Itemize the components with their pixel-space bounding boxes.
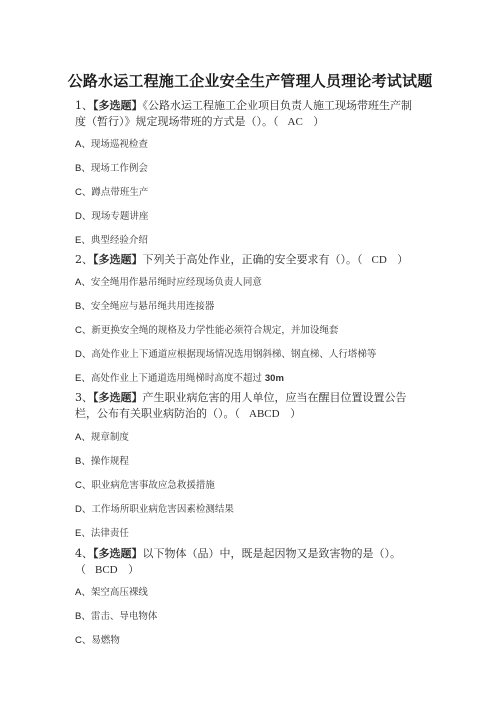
question-answer: ABCD bbox=[249, 408, 280, 420]
option-text: 高处作业上下通道应根据现场情况选用钢斜梯、钢直梯、人行塔梯等 bbox=[91, 349, 376, 360]
option-text: 典型经验介绍 bbox=[91, 235, 148, 246]
option-letter: A、 bbox=[75, 139, 91, 150]
option-letter: C、 bbox=[75, 187, 91, 198]
option-2a: A、安全绳用作悬吊绳时应经现场负责人同意 bbox=[75, 277, 262, 289]
option-letter: A、 bbox=[75, 277, 91, 288]
question-answer: AC bbox=[288, 116, 303, 128]
option-3b: B、操作规程 bbox=[75, 456, 129, 468]
question-4: 4、【多选题】以下物体（品）中，既是起因物又是致害物的是（）。 （ BCD ） bbox=[75, 546, 420, 578]
option-text: 现场专题讲座 bbox=[91, 211, 148, 222]
option-text: 规章制度 bbox=[91, 432, 129, 443]
option-text: 现场巡视检查 bbox=[91, 139, 148, 150]
option-text: 新更换安全绳的规格及力学性能必须符合规定，并加设绳套 bbox=[91, 325, 338, 336]
option-letter: C、 bbox=[75, 325, 91, 336]
question-type-tag: 【多选题】 bbox=[93, 99, 143, 112]
option-4c: C、易燃物 bbox=[75, 635, 120, 647]
question-answer: CD bbox=[372, 254, 387, 266]
question-type-tag: 【多选题】 bbox=[93, 547, 143, 560]
option-text: 雷击、导电物体 bbox=[91, 611, 158, 622]
option-letter: B、 bbox=[75, 456, 91, 467]
question-type-tag: 【多选题】 bbox=[93, 391, 143, 404]
option-1d: D、现场专题讲座 bbox=[75, 211, 148, 223]
document-page: 公路水运工程施工企业安全生产管理人员理论考试试题 1、【多选题】《公路水运工程施… bbox=[0, 0, 500, 707]
option-1e: E、典型经验介绍 bbox=[75, 235, 148, 247]
option-letter: A、 bbox=[75, 587, 91, 598]
option-text: 操作规程 bbox=[91, 456, 129, 467]
answer-close-paren: ） bbox=[313, 115, 324, 128]
question-type-tag: 【多选题】 bbox=[93, 253, 143, 266]
question-stem: 下列关于高处作业，正确的安全要求有（）。（ bbox=[143, 253, 363, 266]
option-letter: C、 bbox=[75, 635, 91, 646]
option-3a: A、规章制度 bbox=[75, 432, 129, 444]
option-1a: A、现场巡视检查 bbox=[75, 139, 148, 151]
question-1: 1、【多选题】《公路水运工程施工企业项目负责人施工现场带班生产制度（暂行）》规定… bbox=[75, 98, 420, 130]
answer-open-paren: （ bbox=[75, 563, 86, 576]
question-number: 3、 bbox=[75, 391, 93, 404]
option-letter: D、 bbox=[75, 504, 91, 515]
option-text: 架空高压裸线 bbox=[91, 587, 148, 598]
option-letter: E、 bbox=[75, 373, 91, 384]
option-1b: B、现场工作例会 bbox=[75, 163, 148, 175]
question-number: 4、 bbox=[75, 547, 93, 560]
question-2: 2、【多选题】下列关于高处作业，正确的安全要求有（）。（ CD ） bbox=[75, 252, 420, 268]
question-3: 3、【多选题】产生职业病危害的用人单位，应当在醒目位置设置公告栏，公布有关职业病… bbox=[75, 390, 420, 422]
question-number: 1、 bbox=[75, 99, 93, 112]
option-letter: A、 bbox=[75, 432, 91, 443]
option-text: 安全绳用作悬吊绳时应经现场负责人同意 bbox=[91, 277, 262, 288]
option-letter: E、 bbox=[75, 235, 91, 246]
option-1c: C、蹲点带班生产 bbox=[75, 187, 148, 199]
option-3c: C、职业病危害事故应急救援措施 bbox=[75, 480, 215, 492]
option-letter: C、 bbox=[75, 480, 91, 491]
answer-close-paren: ） bbox=[290, 407, 301, 420]
option-letter: D、 bbox=[75, 349, 91, 360]
document-title: 公路水运工程施工企业安全生产管理人员理论考试试题 bbox=[0, 70, 500, 91]
option-text: 高处作业上下通道选用绳梯时高度不超过 bbox=[91, 373, 262, 384]
option-2b: B、安全绳应与悬吊绳共用连接器 bbox=[75, 301, 214, 313]
option-4a: A、架空高压裸线 bbox=[75, 587, 148, 599]
question-number: 2、 bbox=[75, 253, 93, 266]
option-4b: B、雷击、导电物体 bbox=[75, 611, 157, 623]
option-text: 工作场所职业病危害因素检测结果 bbox=[91, 504, 234, 515]
option-letter: D、 bbox=[75, 211, 91, 222]
option-letter: B、 bbox=[75, 301, 91, 312]
option-text: 法律责任 bbox=[91, 528, 129, 539]
option-2d: D、高处作业上下通道应根据现场情况选用钢斜梯、钢直梯、人行塔梯等 bbox=[75, 349, 376, 361]
option-3e: E、法律责任 bbox=[75, 528, 129, 540]
option-text: 蹲点带班生产 bbox=[91, 187, 148, 198]
option-text: 职业病危害事故应急救援措施 bbox=[91, 480, 215, 491]
option-height-value: 30m bbox=[265, 373, 284, 384]
option-text: 易燃物 bbox=[91, 635, 120, 646]
answer-close-paren: ） bbox=[397, 253, 408, 266]
question-answer: BCD bbox=[95, 564, 118, 576]
option-letter: E、 bbox=[75, 528, 91, 539]
option-text: 安全绳应与悬吊绳共用连接器 bbox=[91, 301, 215, 312]
option-2e: E、高处作业上下通道选用绳梯时高度不超过 30m bbox=[75, 373, 284, 385]
answer-close-paren: ） bbox=[128, 563, 139, 576]
question-stem: 以下物体（品）中，既是起因物又是致害物的是（）。 bbox=[143, 547, 402, 560]
option-letter: B、 bbox=[75, 163, 91, 174]
option-letter: B、 bbox=[75, 611, 91, 622]
option-2c: C、新更换安全绳的规格及力学性能必须符合规定，并加设绳套 bbox=[75, 325, 338, 337]
option-text: 现场工作例会 bbox=[91, 163, 148, 174]
option-3d: D、工作场所职业病危害因素检测结果 bbox=[75, 504, 234, 516]
